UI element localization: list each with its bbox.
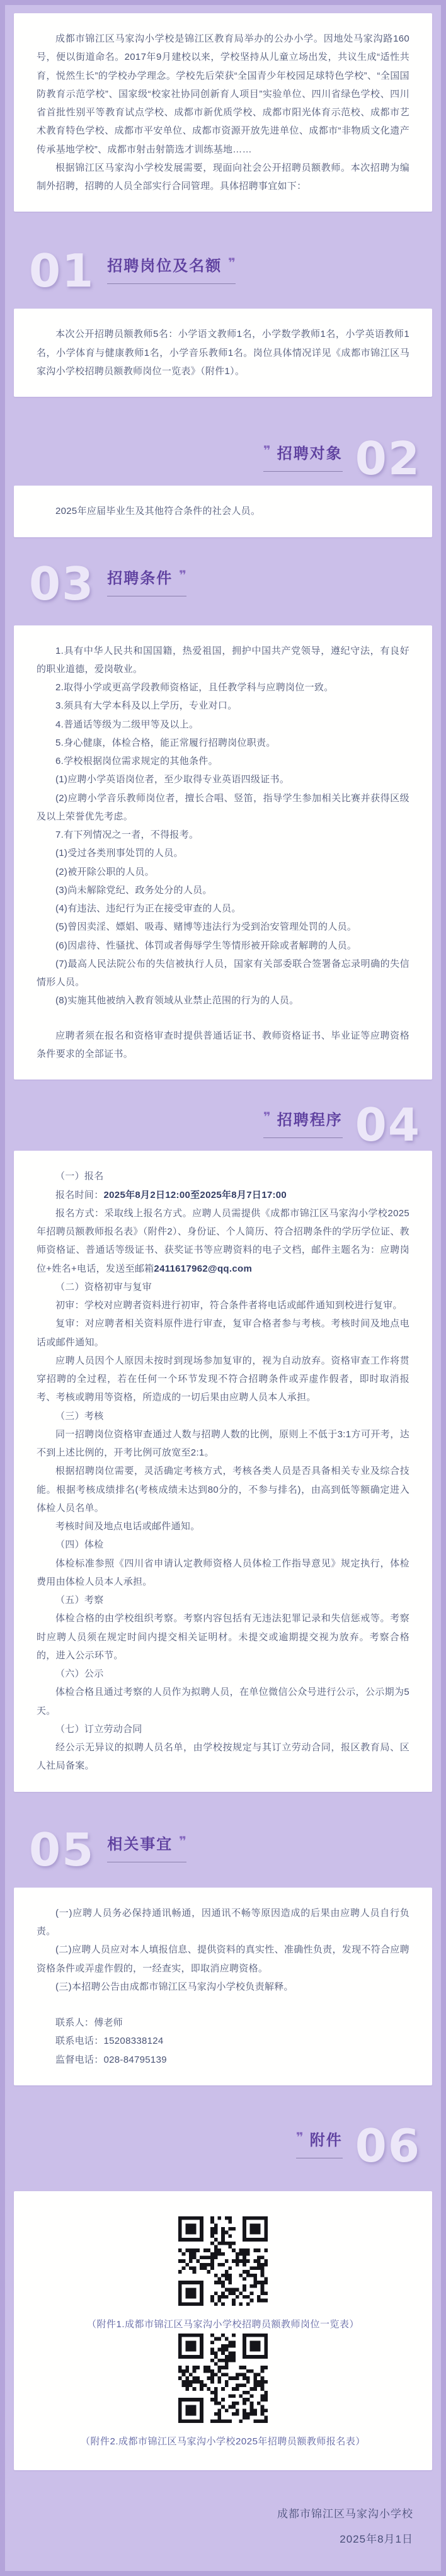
signup-time-value: 2025年8月2日12:00至2025年8月7日17:00 — [104, 1190, 287, 1200]
procedure-card: （一）报名 报名时间：2025年8月2日12:00至2025年8月7日17:00… — [14, 1151, 432, 1791]
section-number: 04 — [355, 1107, 421, 1143]
section-title-wrap: 招聘岗位及名额❞ — [107, 253, 236, 284]
quote-icon: ❞ — [263, 444, 271, 458]
section-title: 招聘对象 — [277, 445, 343, 462]
intro-paragraph-2: 根据锦江区马家沟小学校发展需要，现面向社会公开招聘员额教师。本次招聘为编制外招聘… — [37, 159, 409, 196]
conditions-list: 1.具有中华人民共和国国籍，热爱祖国，拥护中国共产党领导，遵纪守法，有良好的职业… — [37, 642, 409, 1010]
section-number: 01 — [29, 253, 94, 288]
section-header-attachments: ❞附件 06 — [14, 2128, 421, 2163]
positions-card: 本次公开招聘员额教师5名：小学语文教师1名，小学数学教师1名，小学英语教师1名，… — [14, 309, 432, 397]
paragraph: (4)有违法、违纪行为正在接受审查的人员。 — [37, 899, 409, 918]
section-title: 附件 — [310, 2132, 343, 2149]
signup-time-label: 报名时间： — [55, 1190, 104, 1200]
targets-card: 2025年应届毕业生及其他符合条件的社会人员。 — [14, 486, 432, 537]
section-title-wrap: ❞招聘对象 — [263, 441, 343, 472]
paragraph: 7.有下列情况之一者，不得报考。 — [37, 826, 409, 844]
section-number: 06 — [355, 2128, 421, 2163]
footer-date: 2025年8月1日 — [14, 2527, 413, 2552]
paragraph: （三）考核 — [37, 1407, 409, 1425]
paragraph: 体检合格的由学校组织考察。考察内容包括有无违法犯罪记录和失信惩戒等。考察时应聘人… — [37, 1609, 409, 1665]
procedure-step1-heading: （一）报名 — [37, 1167, 409, 1185]
paragraph: 根据招聘岗位需要，灵活确定考核方式，考核各类人员是否具备相关专业及综合技能。根据… — [37, 1462, 409, 1517]
paragraph: 5.身心健康，体检合格，能正常履行招聘岗位职责。 — [37, 734, 409, 752]
paragraph: 同一招聘岗位资格审查通过人数与招聘人数的比例，原则上不低于3:1方可开考，达不到… — [37, 1425, 409, 1462]
signup-method-line: 报名方式：采取线上报名方式。应聘人员需提供《成都市锦江区马家沟小学校2025年招… — [37, 1204, 409, 1278]
intro-card: 成都市锦江区马家沟小学校是锦江区教育局举办的公办小学。因地处马家沟路160号，便… — [14, 13, 432, 212]
section-title: 招聘条件 — [107, 570, 173, 587]
paragraph: （六）公示 — [37, 1665, 409, 1683]
signup-email: 2411617962@qq.com — [154, 1263, 252, 1274]
qr-code — [178, 2334, 268, 2423]
quote-icon: ❞ — [179, 1835, 186, 1849]
paragraph: 应聘人员因个人原因未按时到现场参加复审的，视为自动放弃。资格审查工作将贯穿招聘的… — [37, 1352, 409, 1407]
paragraph: 3.须具有大学本科及以上学历，专业对口。 — [37, 697, 409, 715]
intro-paragraph-1: 成都市锦江区马家沟小学校是锦江区教育局举办的公办小学。因地处马家沟路160号，便… — [37, 30, 409, 159]
paragraph: （五）考察 — [37, 1591, 409, 1609]
paragraph: 复审：对应聘者相关资料原件进行审查，复审合格者参与考核。考核时间及地点电话或邮件… — [37, 1314, 409, 1352]
paragraph: 考核时间及地点电话或邮件通知。 — [37, 1517, 409, 1536]
targets-text: 2025年应届毕业生及其他符合条件的社会人员。 — [37, 502, 409, 520]
conditions-note: 应聘者须在报名和资格审查时提供普通话证书、教师资格证书、毕业证等应聘资格条件要求… — [37, 1027, 409, 1064]
quote-icon: ❞ — [179, 569, 186, 583]
section-number: 03 — [29, 566, 94, 601]
section-title: 相关事宜 — [107, 1836, 173, 1853]
paragraph: （四）体检 — [37, 1536, 409, 1554]
paragraph: (一)应聘人员务必保持通讯畅通，因通讯不畅等原因造成的后果由应聘人员自行负责。 — [37, 1904, 409, 1941]
contact-block: 联系人：傅老师联系电话：15208338124监督电话：028-84795139 — [37, 2014, 409, 2069]
section-number: 05 — [29, 1832, 94, 1867]
paragraph: (8)实施其他被纳入教育领域从业禁止范围的行为的人员。 — [37, 991, 409, 1010]
paragraph: 2.取得小学或更高学段教师资格证，且任教学科与应聘岗位一致。 — [37, 678, 409, 697]
conditions-card: 1.具有中华人民共和国国籍，热爱祖国，拥护中国共产党领导，遵纪守法，有良好的职业… — [14, 625, 432, 1080]
recruitment-poster: 成都市锦江区马家沟小学校是锦江区教育局举办的公办小学。因地处马家沟路160号，便… — [0, 0, 446, 2576]
attachments-card: （附件1.成都市锦江区马家沟小学校招聘员额教师岗位一览表） （附件2.成都市锦江… — [14, 2191, 432, 2470]
footer-org: 成都市锦江区马家沟小学校 — [14, 2502, 413, 2527]
qr-code — [178, 2216, 268, 2306]
section-number: 02 — [355, 441, 421, 476]
paragraph: (5)曾因卖淫、嫖娼、吸毒、赌博等违法行为受到治安管理处罚的人员。 — [37, 918, 409, 936]
paragraph: (2)应聘小学音乐教师岗位者，擅长合唱、竖笛，指导学生参加相关比赛并获得区级及以… — [37, 789, 409, 826]
paragraph: (1)受过各类刑事处罚的人员。 — [37, 844, 409, 862]
signup-time-line: 报名时间：2025年8月2日12:00至2025年8月7日17:00 — [37, 1186, 409, 1204]
paragraph: (三)本招聘公告由成都市锦江区马家沟小学校负责解释。 — [37, 1978, 409, 1996]
section-header-matters: 05 相关事宜❞ — [29, 1832, 432, 1867]
paragraph: (2)被开除公职的人员。 — [37, 863, 409, 881]
paragraph: （二）资格初审与复审 — [37, 1278, 409, 1296]
quote-icon: ❞ — [263, 1110, 271, 1124]
paragraph: 联系人：傅老师 — [37, 2014, 409, 2032]
paragraph: 1.具有中华人民共和国国籍，热爱祖国，拥护中国共产党领导，遵纪守法，有良好的职业… — [37, 642, 409, 679]
section-title-wrap: 相关事宜❞ — [107, 1832, 186, 1862]
paragraph: 体检标准参照《四川省申请认定教师资格人员体检工作指导意见》规定执行，体检费用由体… — [37, 1554, 409, 1592]
section-title: 招聘程序 — [277, 1112, 343, 1129]
section-header-procedure: ❞招聘程序 04 — [14, 1107, 421, 1143]
qr-caption-1: （附件1.成都市锦江区马家沟小学校招聘员额教师岗位一览表） — [33, 2316, 413, 2334]
paragraph: 体检合格且通过考察的人员作为拟聘人员，在单位微信公众号进行公示，公示期为5天。 — [37, 1683, 409, 1720]
section-title: 招聘岗位及名额 — [107, 258, 222, 275]
paragraph: (二)应聘人员应对本人填报信息、提供资料的真实性、准确性负责，发现不符合应聘资格… — [37, 1941, 409, 1978]
paragraph: 联系电话：15208338124 — [37, 2032, 409, 2050]
paragraph: (1)应聘小学英语岗位者，至少取得专业英语四级证书。 — [37, 770, 409, 789]
section-header-targets: ❞招聘对象 02 — [14, 441, 421, 476]
section-title-wrap: ❞附件 — [296, 2128, 343, 2158]
paragraph: (3)尚未解除党纪、政务处分的人员。 — [37, 881, 409, 899]
procedure-list: （二）资格初审与复审初审：学校对应聘者资料进行初审，符合条件者将电话或邮件通知到… — [37, 1278, 409, 1775]
paragraph: （七）订立劳动合同 — [37, 1720, 409, 1738]
paragraph: 6.学校根据岗位需求规定的其他条件。 — [37, 752, 409, 770]
section-header-conditions: 03 招聘条件❞ — [29, 566, 432, 601]
qr-caption-2: （附件2.成都市锦江区马家沟小学校2025年招聘员额教师报名表） — [33, 2433, 413, 2451]
paragraph: 初审：学校对应聘者资料进行初审，符合条件者将电话或邮件通知到校进行复审。 — [37, 1296, 409, 1314]
paragraph: 监督电话：028-84795139 — [37, 2051, 409, 2069]
section-header-positions: 01 招聘岗位及名额❞ — [29, 253, 432, 288]
positions-text: 本次公开招聘员额教师5名：小学语文教师1名，小学数学教师1名，小学英语教师1名，… — [37, 325, 409, 380]
paragraph: 经公示无异议的拟聘人员名单，由学校按规定与其订立劳动合同，报区教育局、区人社局备… — [37, 1738, 409, 1775]
quote-icon: ❞ — [228, 256, 236, 270]
paragraph: 4.普通话等级为二级甲等及以上。 — [37, 715, 409, 734]
matters-list: (一)应聘人员务必保持通讯畅通，因通讯不畅等原因造成的后果由应聘人员自行负责。(… — [37, 1904, 409, 1996]
paragraph: (6)因虐待、性骚扰、体罚或者侮辱学生等情形被开除或者解聘的人员。 — [37, 937, 409, 955]
matters-card: (一)应聘人员务必保持通讯畅通，因通讯不畅等原因造成的后果由应聘人员自行负责。(… — [14, 1888, 432, 2085]
quote-icon: ❞ — [296, 2131, 304, 2145]
section-title-wrap: ❞招聘程序 — [263, 1107, 343, 1138]
paragraph: (7)最高人民法院公布的失信被执行人员，国家有关部委联合签署备忘录明确的失信情形… — [37, 955, 409, 992]
footer: 成都市锦江区马家沟小学校 2025年8月1日 — [14, 2502, 413, 2552]
section-title-wrap: 招聘条件❞ — [107, 566, 186, 596]
